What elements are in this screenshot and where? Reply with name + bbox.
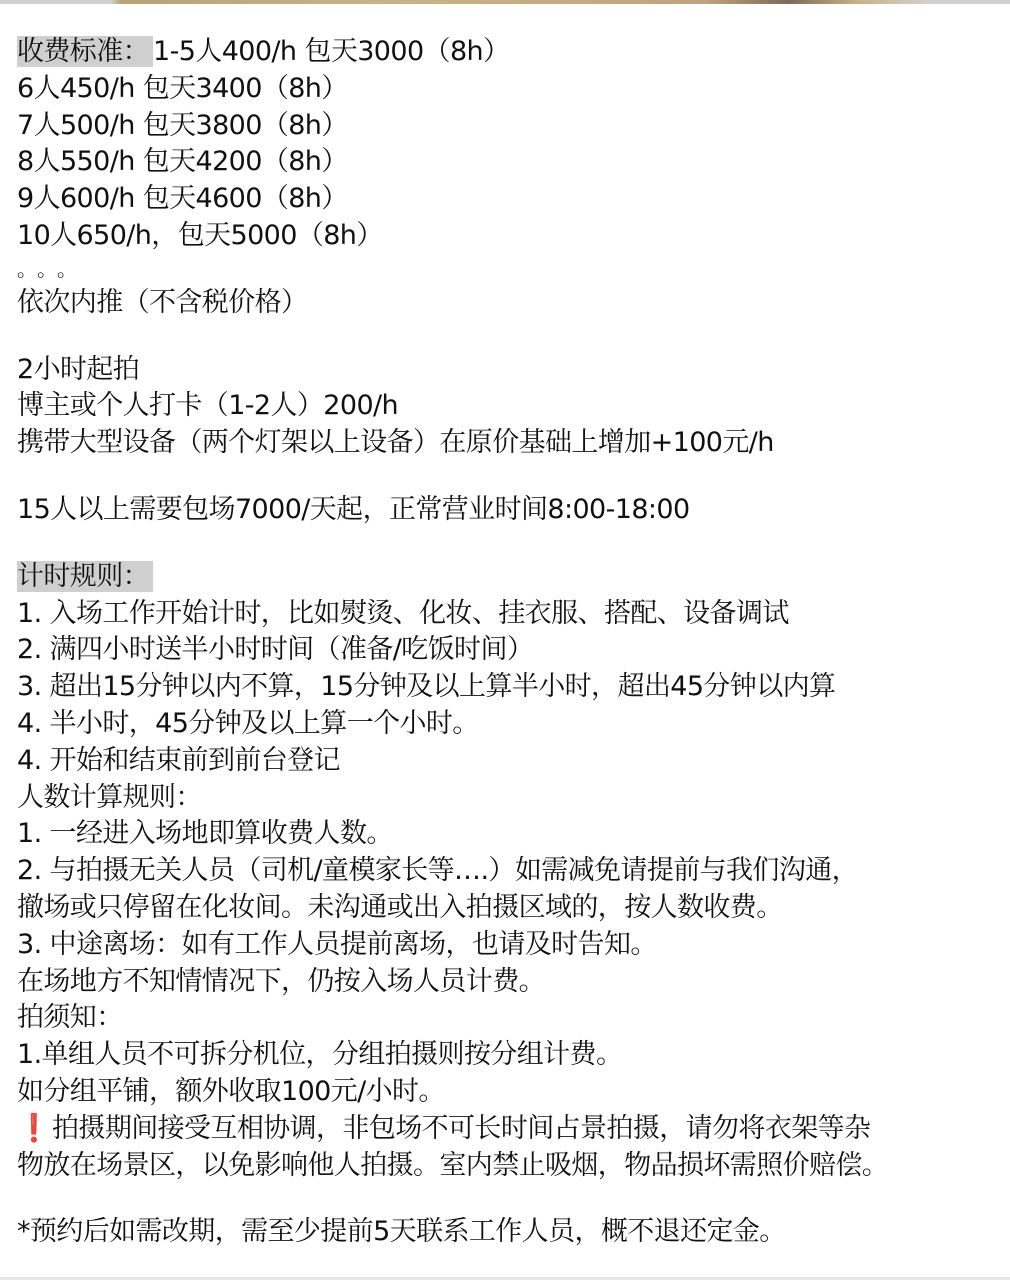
timing-rule: 4. 半小时，45分钟及以上算一个小时。 <box>17 706 1007 743</box>
spacer <box>17 529 1007 559</box>
pricing-tier-7: 7人500/h 包天3800（8h） <box>17 108 1007 145</box>
exclamation-warning-icon: ❗ <box>17 1113 50 1144</box>
top-photo-strip <box>0 0 1010 4</box>
timing-rule: 4. 开始和结束前到前台登记 <box>17 743 1007 780</box>
reschedule-note: *预约后如需改期，需至少提前5天联系工作人员，概不退还定金。 <box>17 1214 1007 1251</box>
headcount-rule: 2. 与拍摄无关人员（司机/童模家长等….）如需减免请提前与我们沟通， <box>17 853 1007 890</box>
pricing-tier-6: 6人450/h 包天3400（8h） <box>17 71 1007 108</box>
pricing-tier-10: 10人650/h，包天5000（8h） <box>17 218 1007 255</box>
timing-rules-heading: 计时规则： <box>17 561 153 592</box>
pricing-heading: 收费标准： <box>17 36 153 67</box>
blogger-rate: 博主或个人打卡（1-2人）200/h <box>17 388 1007 425</box>
timing-rule: 2. 满四小时送半小时时间（准备/吃饭时间） <box>17 632 1007 669</box>
shooting-notice-item: 1.单组人员不可拆分机位，分组拍摄则按分组计费。 <box>17 1037 1007 1074</box>
pricing-ellipsis: 。。。 <box>17 255 1007 285</box>
pricing-tier-8: 8人550/h 包天4200（8h） <box>17 144 1007 181</box>
large-group-rate: 15人以上需要包场7000/天起，正常营业时间8:00-18:00 <box>17 492 1007 529</box>
shooting-warning-line-1: ❗拍摄期间接受互相协调，非包场不可长时间占景拍摄，请勿将衣架等杂 <box>17 1111 1007 1148</box>
timing-rule: 1. 入场工作开始计时，比如熨烫、化妆、挂衣服、搭配、设备调试 <box>17 596 1007 633</box>
equipment-surcharge: 携带大型设备（两个灯架以上设备）在原价基础上增加+100元/h <box>17 425 1007 462</box>
spacer <box>17 322 1007 352</box>
shooting-warning-line-2: 物放在场景区，以免影响他人拍摄。室内禁止吸烟，物品损坏需照价赔偿。 <box>17 1148 1007 1185</box>
headcount-rules-heading: 人数计算规则： <box>17 780 1007 817</box>
timing-rule: 3. 超出15分钟以内不算，15分钟及以上算半小时，超出45分钟以内算 <box>17 669 1007 706</box>
headcount-rule: 3. 中途离场：如有工作人员提前离场，也请及时告知。 <box>17 927 1007 964</box>
shooting-notice-heading: 拍须知： <box>17 1000 1007 1037</box>
pricing-tier-1-5: 1-5人400/h 包天3000（8h） <box>153 36 509 67</box>
shooting-warning-text: 拍摄期间接受互相协调，非包场不可长时间占景拍摄，请勿将衣架等杂 <box>52 1113 870 1144</box>
headcount-rule: 在场地方不知情情况下，仍按入场人员计费。 <box>17 964 1007 1001</box>
min-hours: 2小时起拍 <box>17 352 1007 389</box>
spacer <box>17 462 1007 492</box>
shooting-notice-item: 如分组平铺，额外收取100元/小时。 <box>17 1074 1007 1111</box>
headcount-rule: 撤场或只停留在化妆间。未沟通或出入拍摄区域的，按人数收费。 <box>17 890 1007 927</box>
spacer <box>17 1184 1007 1214</box>
pricing-document: 收费标准：1-5人400/h 包天3000（8h） 6人450/h 包天3400… <box>17 34 1007 1251</box>
headcount-rule: 1. 一经进入场地即算收费人数。 <box>17 816 1007 853</box>
pricing-note: 依次内推（不含税价格） <box>17 285 1007 322</box>
timing-rules-heading-line: 计时规则： <box>17 559 1007 596</box>
pricing-first-line: 收费标准：1-5人400/h 包天3000（8h） <box>17 34 1007 71</box>
pricing-tier-9: 9人600/h 包天4600（8h） <box>17 181 1007 218</box>
